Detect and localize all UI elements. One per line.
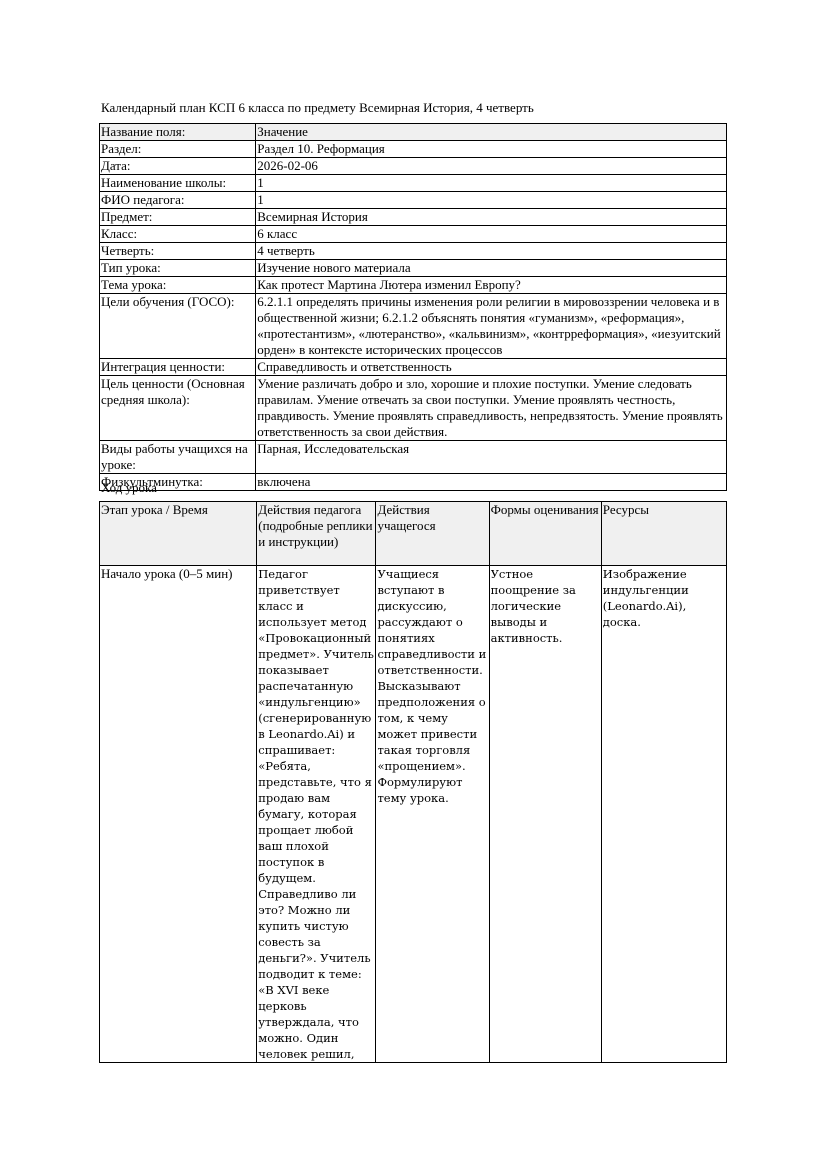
lesson-flow-table: Этап урока / Время Действия педагога (по… xyxy=(99,501,727,1063)
info-table-row: Дата:2026-02-06 xyxy=(100,158,727,175)
info-table-row: Тип урока:Изучение нового материала xyxy=(100,260,727,277)
student-actions-cell: Учащиеся вступают в дискуссию, рассуждаю… xyxy=(376,566,489,1063)
lesson-table-row: Начало урока (0–5 мин)Педагог приветству… xyxy=(100,566,727,1063)
field-label: Интеграция ценности: xyxy=(100,359,256,376)
lesson-table-header: Этап урока / Время Действия педагога (по… xyxy=(100,502,727,566)
field-label: Наименование школы: xyxy=(100,175,256,192)
assessment-cell-text: Устное поощрение за логические выводы и … xyxy=(491,566,600,646)
header-stage: Этап урока / Время xyxy=(100,502,257,566)
header-value: Значение xyxy=(256,124,727,141)
info-table-row: Цели обучения (ГОСО):6.2.1.1 определять … xyxy=(100,294,727,359)
header-teacher-actions: Действия педагога (подробные реплики и и… xyxy=(257,502,376,566)
field-label: Виды работы учащихся на уроке: xyxy=(100,441,256,474)
resources-cell: Изображение индульгенции (Leonardo.Ai), … xyxy=(601,566,726,1063)
student-actions-cell-text: Учащиеся вступают в дискуссию, рассуждаю… xyxy=(377,566,487,806)
section-heading: Ход урока xyxy=(101,480,157,496)
header-student-actions: Действия учащегося xyxy=(376,502,489,566)
field-value: Всемирная История xyxy=(256,209,727,226)
field-label: Тема урока: xyxy=(100,277,256,294)
info-table-row: Наименование школы:1 xyxy=(100,175,727,192)
info-table-row: Предмет:Всемирная История xyxy=(100,209,727,226)
field-label: Четверть: xyxy=(100,243,256,260)
header-assessment: Формы оценивания xyxy=(489,502,601,566)
field-label: Раздел: xyxy=(100,141,256,158)
info-table-row: Четверть:4 четверть xyxy=(100,243,727,260)
teacher-actions-cell: Педагог приветствует класс и использует … xyxy=(257,566,376,1063)
field-label: Предмет: xyxy=(100,209,256,226)
field-value: Раздел 10. Реформация xyxy=(256,141,727,158)
field-label: Дата: xyxy=(100,158,256,175)
stage-cell: Начало урока (0–5 мин) xyxy=(100,566,257,1063)
field-value: 6.2.1.1 определять причины изменения рол… xyxy=(256,294,727,359)
info-table-row: Виды работы учащихся на уроке:Парная, Ис… xyxy=(100,441,727,474)
header-resources: Ресурсы xyxy=(601,502,726,566)
info-table-row: Цель ценности (Основная средняя школа):У… xyxy=(100,376,727,441)
info-table-row: Физкультминутка:включена xyxy=(100,474,727,491)
field-label: Цель ценности (Основная средняя школа): xyxy=(100,376,256,441)
field-value: Умение различать добро и зло, хорошие и … xyxy=(256,376,727,441)
info-table-row: ФИО педагога:1 xyxy=(100,192,727,209)
info-table-header: Название поля: Значение xyxy=(100,124,727,141)
field-value: Изучение нового материала xyxy=(256,260,727,277)
field-value: 1 xyxy=(256,175,727,192)
field-value: Как протест Мартина Лютера изменил Европ… xyxy=(256,277,727,294)
document-title: Календарный план КСП 6 класса по предмет… xyxy=(101,100,534,116)
field-label: Тип урока: xyxy=(100,260,256,277)
resources-cell-text: Изображение индульгенции (Leonardo.Ai), … xyxy=(603,566,725,630)
field-label: Цели обучения (ГОСО): xyxy=(100,294,256,359)
field-value: включена xyxy=(256,474,727,491)
field-value: Справедливость и ответственность xyxy=(256,359,727,376)
info-table-row: Интеграция ценности:Справедливость и отв… xyxy=(100,359,727,376)
field-value: 4 четверть xyxy=(256,243,727,260)
field-value: 6 класс xyxy=(256,226,727,243)
header-field: Название поля: xyxy=(100,124,256,141)
field-value: 2026-02-06 xyxy=(256,158,727,175)
info-table-row: Раздел:Раздел 10. Реформация xyxy=(100,141,727,158)
field-label: Класс: xyxy=(100,226,256,243)
stage-cell-text: Начало урока (0–5 мин) xyxy=(101,566,255,582)
field-label: ФИО педагога: xyxy=(100,192,256,209)
info-table-row: Тема урока:Как протест Мартина Лютера из… xyxy=(100,277,727,294)
assessment-cell: Устное поощрение за логические выводы и … xyxy=(489,566,601,1063)
info-table-row: Класс:6 класс xyxy=(100,226,727,243)
field-value: Парная, Исследовательская xyxy=(256,441,727,474)
teacher-actions-cell-text: Педагог приветствует класс и использует … xyxy=(258,566,374,1062)
lesson-info-table: Название поля: Значение Раздел:Раздел 10… xyxy=(99,123,727,491)
field-value: 1 xyxy=(256,192,727,209)
